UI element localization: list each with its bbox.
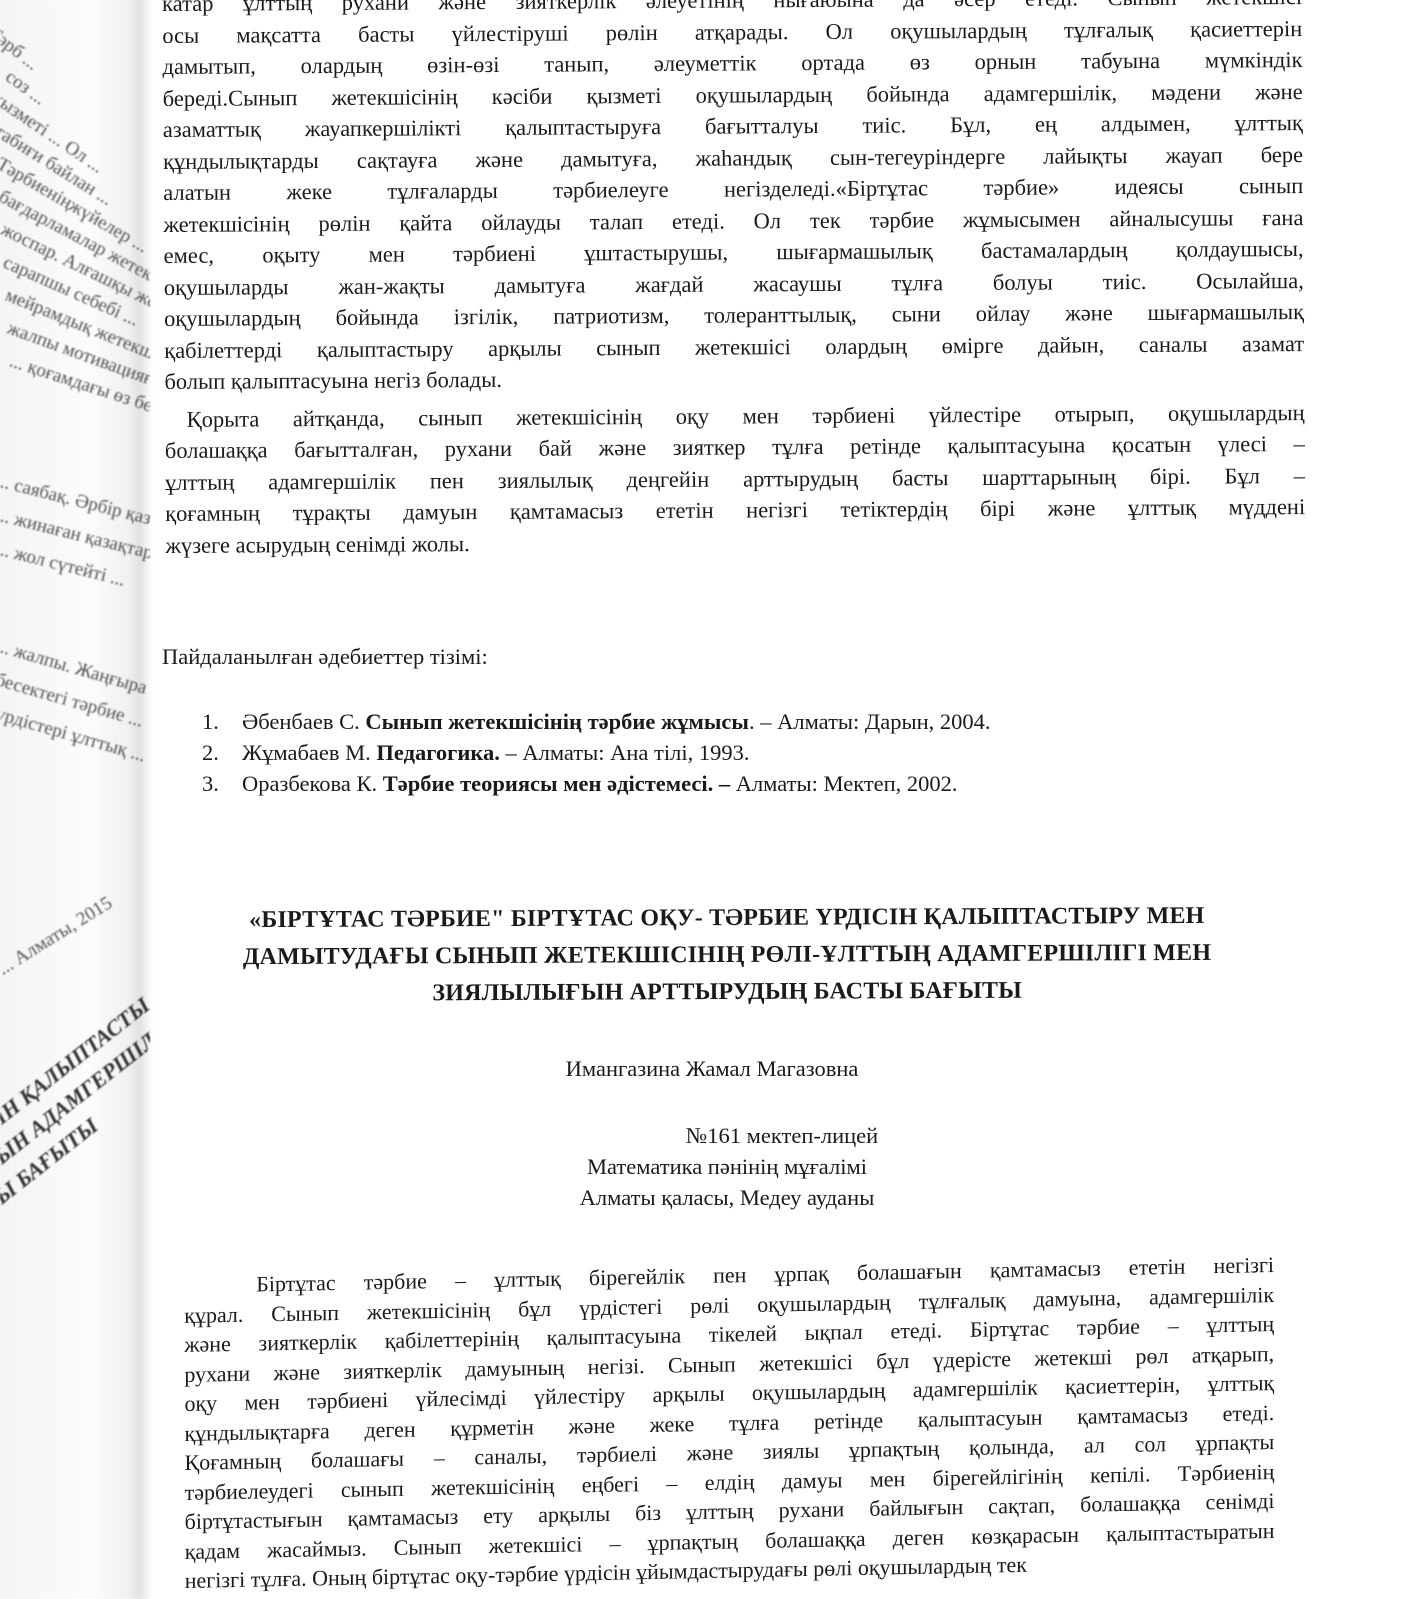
previous-article-ending: катар ұлттың рухани және зияткерлік әлеу… bbox=[162, 0, 1305, 561]
article-title: «БІРТҰТАС ТӘРБИЕ" БІРТҰТАС ОҚУ- ТӘРБИЕ Ү… bbox=[162, 898, 1292, 1014]
reference-item: 1.Әбенбаев С. Сынып жетекшісінің тәрбие … bbox=[202, 706, 991, 737]
references-list: 1.Әбенбаев С. Сынып жетекшісінің тәрбие … bbox=[202, 706, 991, 799]
author-affiliation: №161 мектеп-лицей Математика пәнінің мұғ… bbox=[162, 1120, 1262, 1213]
article-body: Біртұтас тәрбие – ұлттық бірегейлік пен … bbox=[184, 1250, 1274, 1595]
reference-title: Сынып жетекшісінің тәрбие жұмысы bbox=[365, 709, 749, 734]
title-line: «БІРТҰТАС ТӘРБИЕ" БІРТҰТАС ОҚУ- ТӘРБИЕ Ү… bbox=[162, 898, 1292, 940]
reference-number: 1. bbox=[202, 706, 242, 737]
text-line: болып қалыптасуына негіз болады. bbox=[164, 359, 1304, 397]
reference-item: 2.Жұмабаев М. Педагогика. – Алматы: Ана … bbox=[202, 737, 991, 768]
reference-number: 2. bbox=[202, 737, 242, 768]
article-author: Имангазина Жамал Магазовна bbox=[162, 1056, 1262, 1082]
affiliation-position: Математика пәнінің мұғалімі bbox=[162, 1151, 1262, 1182]
reference-publisher: – Алматы: Ана тілі, 1993. bbox=[500, 740, 750, 765]
reference-publisher: . – Алматы: Дарын, 2004. bbox=[749, 709, 991, 734]
reference-publisher: Алматы: Мектеп, 2002. bbox=[730, 771, 957, 796]
reference-number: 3. bbox=[202, 768, 242, 799]
reference-title: Педагогика. bbox=[376, 740, 499, 765]
text-line: жүзеге асырудың сенімді жолы. bbox=[165, 523, 1305, 561]
body-paragraph: катар ұлттың рухани және зияткерлік әлеу… bbox=[162, 0, 1304, 397]
affiliation-location: Алматы қаласы, Медеу ауданы bbox=[162, 1182, 1262, 1213]
reference-author: Әбенбаев С. bbox=[242, 709, 365, 734]
title-line: ЗИЯЛЫЛЫҒЫН АРТТЫРУДЫҢ БАСТЫ БАҒЫТЫ bbox=[162, 972, 1292, 1014]
affiliation-school: №161 мектеп-лицей bbox=[162, 1120, 1262, 1151]
conclusion-paragraph: Қорыта айтқанда, сынып жетекшісінің оқу … bbox=[165, 397, 1306, 561]
reference-title: Тәрбие теориясы мен әдістемесі. – bbox=[383, 771, 730, 796]
title-line: ДАМЫТУДАҒЫ СЫНЫП ЖЕТЕКШІСІНІҢ РӨЛІ-ҰЛТТЫ… bbox=[162, 935, 1292, 977]
references-heading: Пайдаланылған әдебиеттер тізімі: bbox=[162, 644, 488, 670]
facing-page-line: ... Алматы, 2015 bbox=[0, 892, 117, 980]
reference-author: Оразбекова К. bbox=[242, 771, 383, 796]
book-gutter-shadow bbox=[128, 0, 154, 1599]
article-body-paragraph: Біртұтас тәрбие – ұлттық бірегейлік пен … bbox=[184, 1250, 1274, 1595]
reference-item: 3.Оразбекова К. Тәрбие теориясы мен әдіс… bbox=[202, 768, 991, 799]
reference-author: Жұмабаев М. bbox=[242, 740, 376, 765]
